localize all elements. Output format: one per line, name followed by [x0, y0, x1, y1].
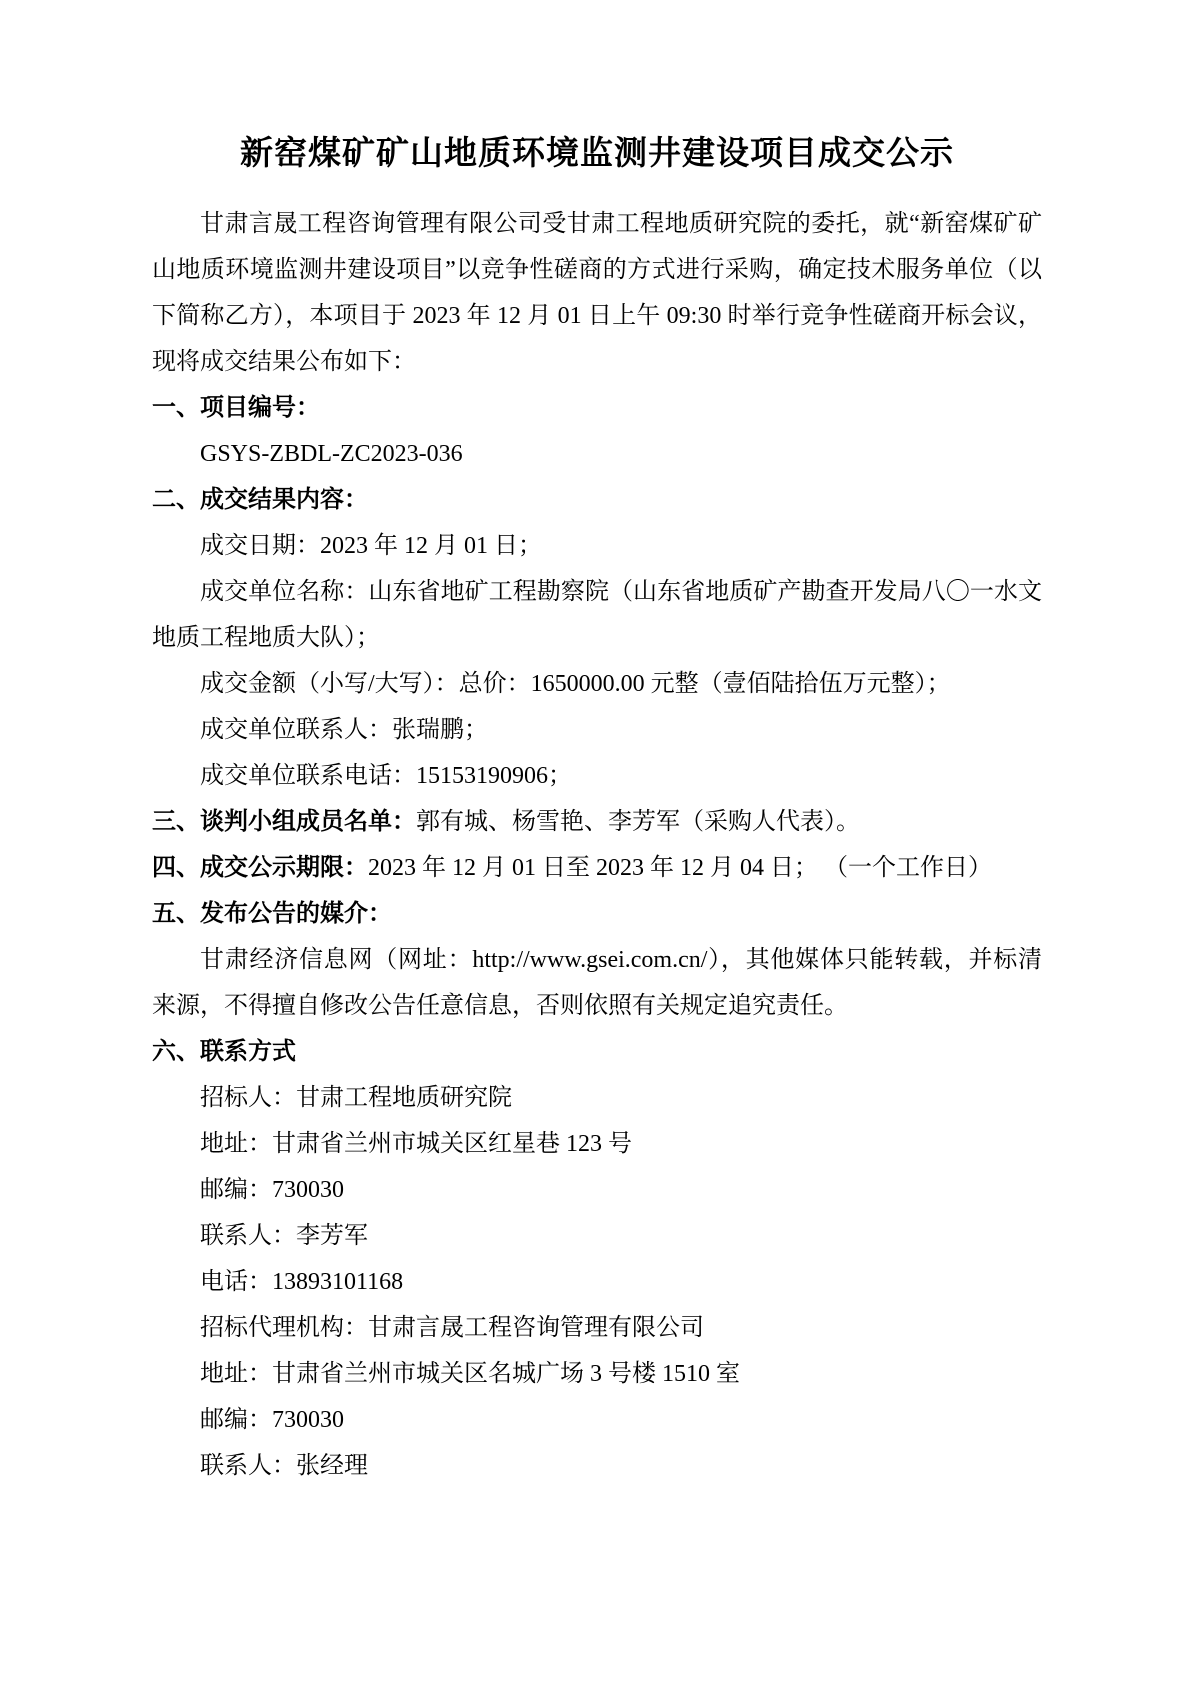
doc-paragraph: 甘肃言晟工程咨询管理有限公司受甘肃工程地质研究院的委托，就“新窑煤矿矿山地质环境…	[152, 201, 1042, 385]
text-run: 2023 年 12 月 01 日至 2023 年 12 月 04 日； （一个工…	[368, 855, 992, 881]
heading-text-run: 三、谈判小组成员名单：	[152, 808, 416, 835]
heading-text-run: 四、成交公示期限：	[152, 854, 368, 881]
text-run: 成交单位联系人：张瑞鹏；	[200, 717, 488, 743]
heading-text-run: 二、成交结果内容：	[152, 486, 368, 513]
doc-paragraph: 地址：甘肃省兰州市城关区名城广场 3 号楼 1510 室	[152, 1351, 1042, 1397]
text-run: 招标代理机构：甘肃言晟工程咨询管理有限公司	[200, 1315, 704, 1341]
text-run: 郭有城、杨雪艳、李芳军（采购人代表）。	[416, 809, 860, 835]
doc-paragraph: 邮编：730030	[152, 1167, 1042, 1213]
text-run: 招标人：甘肃工程地质研究院	[200, 1085, 512, 1111]
doc-paragraph: 招标人：甘肃工程地质研究院	[152, 1075, 1042, 1121]
text-run: 邮编：730030	[200, 1177, 344, 1203]
section-heading: 六、联系方式	[152, 1029, 1042, 1075]
section-heading: 二、成交结果内容：	[152, 477, 1042, 523]
text-run: 联系人：张经理	[200, 1453, 368, 1479]
doc-paragraph: 三、谈判小组成员名单：郭有城、杨雪艳、李芳军（采购人代表）。	[152, 799, 1042, 845]
doc-paragraph: 地址：甘肃省兰州市城关区红星巷 123 号	[152, 1121, 1042, 1167]
doc-paragraph: 成交单位名称：山东省地矿工程勘察院（山东省地质矿产勘查开发局八〇一水文地质工程地…	[152, 569, 1042, 661]
doc-paragraph: 联系人：李芳军	[152, 1213, 1042, 1259]
doc-paragraph: 电话：13893101168	[152, 1259, 1042, 1305]
text-run: 联系人：李芳军	[200, 1223, 368, 1249]
doc-paragraph: 成交单位联系电话：15153190906；	[152, 753, 1042, 799]
heading-text-run: 五、发布公告的媒介：	[152, 900, 392, 927]
text-run: GSYS-ZBDL-ZC2023-036	[200, 441, 463, 467]
text-run: 邮编：730030	[200, 1407, 344, 1433]
text-run: 成交日期：2023 年 12 月 01 日；	[200, 533, 542, 559]
text-run: 甘肃经济信息网（网址：http://www.gsei.com.cn/），其他媒体…	[152, 947, 1042, 1019]
doc-paragraph: 甘肃经济信息网（网址：http://www.gsei.com.cn/），其他媒体…	[152, 937, 1042, 1029]
document-body: 甘肃言晟工程咨询管理有限公司受甘肃工程地质研究院的委托，就“新窑煤矿矿山地质环境…	[152, 201, 1042, 1489]
document-page: 新窑煤矿矿山地质环境监测井建设项目成交公示 甘肃言晟工程咨询管理有限公司受甘肃工…	[0, 0, 1190, 1684]
section-heading: 五、发布公告的媒介：	[152, 891, 1042, 937]
doc-paragraph: 成交日期：2023 年 12 月 01 日；	[152, 523, 1042, 569]
text-run: 成交金额（小写/大写）：总价：1650000.00 元整（壹佰陆拾伍万元整）；	[200, 671, 951, 697]
text-run: 地址：甘肃省兰州市城关区红星巷 123 号	[200, 1131, 632, 1157]
text-run: 地址：甘肃省兰州市城关区名城广场 3 号楼 1510 室	[200, 1361, 740, 1387]
heading-text-run: 一、项目编号：	[152, 394, 320, 421]
doc-paragraph: GSYS-ZBDL-ZC2023-036	[152, 431, 1042, 477]
doc-paragraph: 四、成交公示期限：2023 年 12 月 01 日至 2023 年 12 月 0…	[152, 845, 1042, 891]
doc-paragraph: 邮编：730030	[152, 1397, 1042, 1443]
text-run: 电话：13893101168	[200, 1269, 403, 1295]
document-title: 新窑煤矿矿山地质环境监测井建设项目成交公示	[152, 128, 1042, 181]
doc-paragraph: 招标代理机构：甘肃言晟工程咨询管理有限公司	[152, 1305, 1042, 1351]
text-run: 甘肃言晟工程咨询管理有限公司受甘肃工程地质研究院的委托，就“新窑煤矿矿山地质环境…	[152, 211, 1042, 375]
section-heading: 一、项目编号：	[152, 385, 1042, 431]
text-run: 成交单位联系电话：15153190906；	[200, 763, 572, 789]
doc-paragraph: 成交金额（小写/大写）：总价：1650000.00 元整（壹佰陆拾伍万元整）；	[152, 661, 1042, 707]
doc-paragraph: 成交单位联系人：张瑞鹏；	[152, 707, 1042, 753]
doc-paragraph: 联系人：张经理	[152, 1443, 1042, 1489]
heading-text-run: 六、联系方式	[152, 1038, 296, 1065]
text-run: 成交单位名称：山东省地矿工程勘察院（山东省地质矿产勘查开发局八〇一水文地质工程地…	[152, 579, 1042, 651]
